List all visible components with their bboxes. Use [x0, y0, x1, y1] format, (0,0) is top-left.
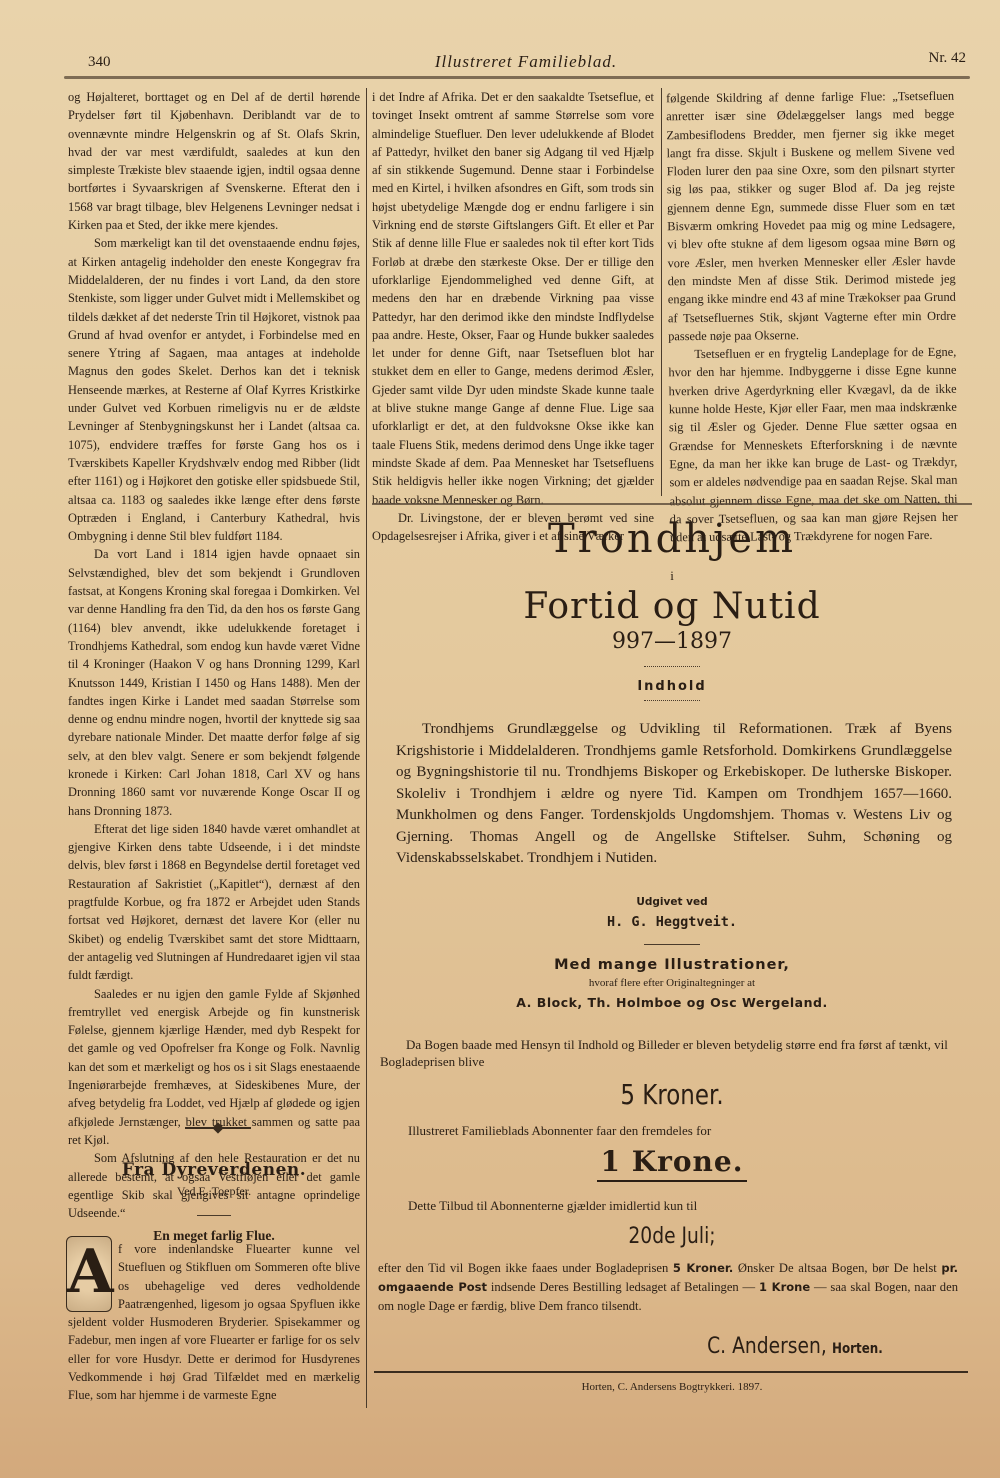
- paragraph: Efterat det lige siden 1840 havde været …: [68, 820, 360, 985]
- squiggle-divider-icon: [644, 700, 700, 703]
- section-byline: Ved E. Toepfer.: [68, 1184, 360, 1199]
- column-divider: [366, 88, 367, 1408]
- paragraph: følgende Skildring af denne farlige Flue…: [666, 87, 956, 346]
- squiggle-divider-icon: [644, 666, 700, 669]
- section-separator: [197, 1215, 231, 1216]
- illustrations-line: Med mange Illustrationer,: [372, 957, 972, 973]
- article-column-2: i det Indre af Afrika. Det er den saakal…: [372, 88, 654, 545]
- section-title: Fra Dyreverdenen.: [68, 1160, 360, 1180]
- article-column-3: følgende Skildring af denne farlige Flue…: [666, 87, 958, 547]
- subscriber-price: 1 Krone.: [597, 1145, 748, 1182]
- column-divider: [661, 88, 662, 496]
- article-column-1: og Højalteret, borttaget og en Del af de…: [68, 88, 360, 1222]
- paragraph: Som mærkeligt kan til det ovenstaaende e…: [68, 234, 360, 545]
- header-rule: [64, 76, 970, 79]
- price-paragraph: Da Bogen baade med Hensyn til Indhold og…: [380, 1036, 958, 1070]
- text: indsende Deres Bestilling ledsaget af Be…: [487, 1280, 759, 1294]
- signature-name: C. Andersen,: [707, 1334, 827, 1359]
- publication-title: Illustreret Familieblad.: [86, 52, 966, 72]
- editor-name: H. G. Heggtveit.: [372, 914, 972, 930]
- published-by-label: Udgivet ved: [372, 896, 972, 908]
- offer-deadline: 20de Juli;: [417, 1224, 927, 1249]
- illustrations-note: hvoraf flere efter Originaltegninger at: [372, 977, 972, 989]
- contents-list: Trondhjems Grundlæggelse og Udvikling ti…: [396, 719, 952, 870]
- illustrators: A. Block, Th. Holmboe og Osc Wergeland.: [372, 995, 972, 1010]
- subscriber-line: Illustreret Familieblads Abonnenter faar…: [408, 1123, 972, 1139]
- printer-imprint: Horten, C. Andersens Bogtrykkeri. 1897.: [372, 1381, 972, 1393]
- advertisement-bottom-rule: [374, 1371, 968, 1373]
- order-instructions: efter den Tid vil Bogen ikke faaes under…: [378, 1259, 958, 1316]
- bold-text: 5 Kroner.: [673, 1261, 733, 1275]
- book-advertisement: Trondhjem i Fortid og Nutid 997—1897 Ind…: [372, 512, 972, 1393]
- paragraph: Da vort Land i 1814 igjen havde opnaaet …: [68, 545, 360, 819]
- bookstore-price: 5 Kroner.: [426, 1078, 918, 1111]
- first-paragraph: A f vore indenlandske Fluearter kunne ve…: [68, 1240, 360, 1405]
- text: efter den Tid vil Bogen ikke faaes under…: [378, 1261, 673, 1275]
- ad-subtitle: Fortid og Nutid: [372, 586, 972, 627]
- ad-title: Trondhjem: [372, 516, 972, 562]
- advertisement-top-rule: [372, 503, 972, 505]
- offer-line: Dette Tilbud til Abonnenterne gjælder im…: [408, 1198, 972, 1214]
- paragraph: og Højalteret, borttaget og en Del af de…: [68, 88, 360, 234]
- paragraph: i det Indre af Afrika. Det er den saakal…: [372, 88, 654, 509]
- signature-place: Horten.: [832, 1341, 883, 1357]
- contents-heading: Indhold: [372, 679, 972, 694]
- ad-years: 997—1897: [372, 629, 972, 654]
- text: Ønsker De altsaa Bogen, bør De helst: [733, 1261, 941, 1275]
- ornament-divider-icon: [185, 1127, 251, 1129]
- ad-conjunction: i: [372, 568, 972, 584]
- divider: [644, 944, 700, 945]
- bold-text: 1 Krone: [759, 1280, 810, 1294]
- ornate-dropcap-icon: A: [66, 1236, 112, 1312]
- section-heading: Fra Dyreverdenen. Ved E. Toepfer. En meg…: [68, 1160, 360, 1244]
- signature: C. Andersen, Horten.: [372, 1334, 892, 1359]
- issue-number: Nr. 42: [929, 50, 967, 67]
- newspaper-page: 340 Illustreret Familieblad. Nr. 42 og H…: [0, 0, 1000, 1478]
- article-column-1-bottom: A f vore indenlandske Fluearter kunne ve…: [68, 1240, 360, 1405]
